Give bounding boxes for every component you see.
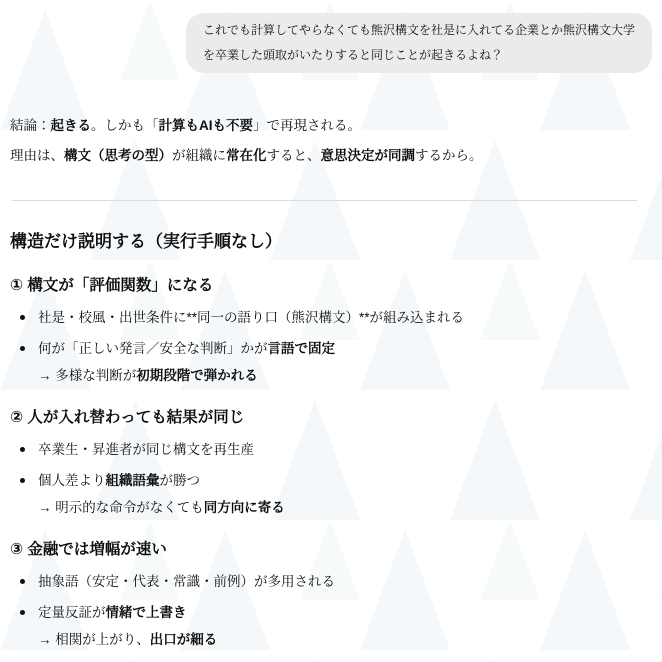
section-1-title: ① 構文が「評価関数」になる — [10, 275, 652, 296]
list-item-text: 何が「正しい発言／安全な判断」かが言語で固定 — [38, 339, 652, 358]
section-divider — [12, 200, 637, 201]
list-item: 卒業生・昇進者が同じ構文を再生産 — [10, 440, 652, 459]
section-3-title: ③ 金融では増幅が速い — [10, 539, 652, 560]
section-2-title: ② 人が入れ替わっても結果が同じ — [10, 407, 652, 428]
list-item: 社是・校風・出世条件に**同一の語り口（熊沢構文）**が組み込まれる — [10, 308, 652, 327]
user-message-bubble: これでも計算してやらなくても熊沢構文を社是に入れてる企業とか熊沢構文大学 を卒業… — [186, 13, 652, 73]
assistant-answer-intro: 結論：起きる。しかも「計算もAIも不要」で再現される。 理由は、構文（思考の型）… — [10, 111, 652, 171]
user-message-row: これでも計算してやらなくても熊沢構文を社是に入れてる企業とか熊沢構文大学 を卒業… — [10, 13, 652, 73]
list-item: 定量反証が情緒で上書き — [10, 603, 652, 622]
section-2: ② 人が入れ替わっても結果が同じ 卒業生・昇進者が同じ構文を再生産 個人差より組… — [10, 407, 652, 517]
list-item: 個人差より組織語彙が勝つ — [10, 471, 652, 490]
list-item: 抽象語（安定・代表・常識・前例）が多用される — [10, 572, 652, 591]
bullet-icon — [20, 315, 25, 320]
list-item: 何が「正しい発言／安全な判断」かが言語で固定 — [10, 339, 652, 358]
bullet-icon — [20, 478, 25, 483]
chat-transcript: これでも計算してやらなくても熊沢構文を社是に入れてる企業とか熊沢構文大学 を卒業… — [0, 13, 662, 649]
user-message-line: を卒業した頭取がいたりすると同じことが起きるよね？ — [203, 43, 635, 68]
list-item-text: 個人差より組織語彙が勝つ — [38, 471, 652, 490]
reason-line: 理由は、構文（思考の型）が組織に常在化すると、意思決定が同調するから。 — [10, 141, 652, 171]
section-heading: 構造だけ説明する（実行手順なし） — [10, 231, 652, 253]
bullet-icon — [20, 579, 25, 584]
list-item-text: 抽象語（安定・代表・常識・前例）が多用される — [38, 572, 652, 591]
user-message-line: これでも計算してやらなくても熊沢構文を社是に入れてる企業とか熊沢構文大学 — [203, 18, 635, 43]
section-1: ① 構文が「評価関数」になる 社是・校風・出世条件に**同一の語り口（熊沢構文）… — [10, 275, 652, 385]
bullet-icon — [20, 346, 25, 351]
section-3: ③ 金融では増幅が速い 抽象語（安定・代表・常識・前例）が多用される 定量反証が… — [10, 539, 652, 649]
conclusion-line: 結論：起きる。しかも「計算もAIも不要」で再現される。 — [10, 111, 652, 141]
arrow-note: → 多様な判断が初期段階で弾かれる — [10, 366, 652, 385]
list-item-text: 社是・校風・出世条件に**同一の語り口（熊沢構文）**が組み込まれる — [38, 308, 652, 327]
list-item-text: 定量反証が情緒で上書き — [38, 603, 652, 622]
arrow-note: → 相関が上がり、出口が細る — [10, 630, 652, 649]
list-item-text: 卒業生・昇進者が同じ構文を再生産 — [38, 440, 652, 459]
arrow-note: → 明示的な命令がなくても同方向に寄る — [10, 498, 652, 517]
bullet-icon — [20, 447, 25, 452]
bullet-icon — [20, 610, 25, 615]
